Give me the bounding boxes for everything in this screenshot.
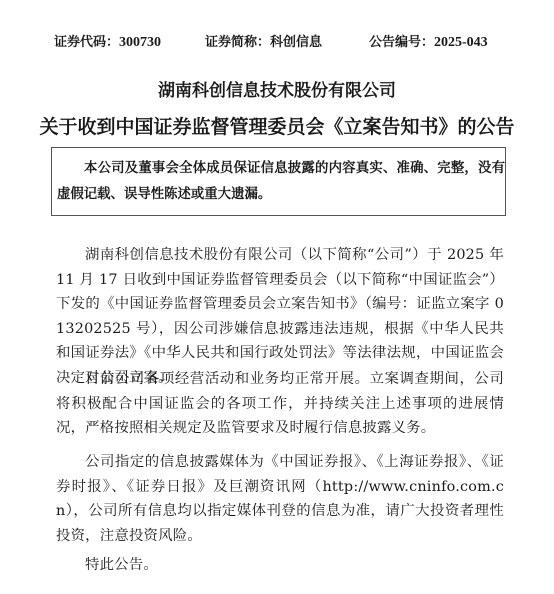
closing-line: 特此公告。 xyxy=(56,553,504,578)
body-paragraph-2: 目前公司各项经营活动和业务均正常开展。立案调查期间，公司将积极配合中国证监会的各… xyxy=(56,367,504,441)
announcement-subject: 关于收到中国证券监督管理委员会《立案告知书》的公告 xyxy=(0,112,554,139)
company-title: 湖南科创信息技术股份有限公司 xyxy=(0,76,554,101)
security-short-name-value: 科创信息 xyxy=(270,35,322,50)
security-code-label: 证券代码： xyxy=(54,35,119,50)
statement-box: 本公司及董事会全体成员保证信息披露的内容真实、准确、完整，没有虚假记载、误导性陈… xyxy=(51,147,506,216)
security-code-value: 300730 xyxy=(119,35,161,50)
security-code: 证券代码：300730 xyxy=(54,31,161,51)
statement-text: 本公司及董事会全体成员保证信息披露的内容真实、准确、完整，没有虚假记载、误导性陈… xyxy=(57,156,505,208)
security-short-name-label: 证券简称： xyxy=(205,35,270,50)
notice-number-value: 2025-043 xyxy=(434,35,488,50)
notice-number-label: 公告编号： xyxy=(369,35,434,50)
body-paragraph-3: 公司指定的信息披露媒体为《中国证券报》、《上海证券报》、《证券时报》、《证券日报… xyxy=(56,450,504,548)
notice-number: 公告编号：2025-043 xyxy=(369,31,488,51)
security-short-name: 证券简称：科创信息 xyxy=(205,31,322,50)
